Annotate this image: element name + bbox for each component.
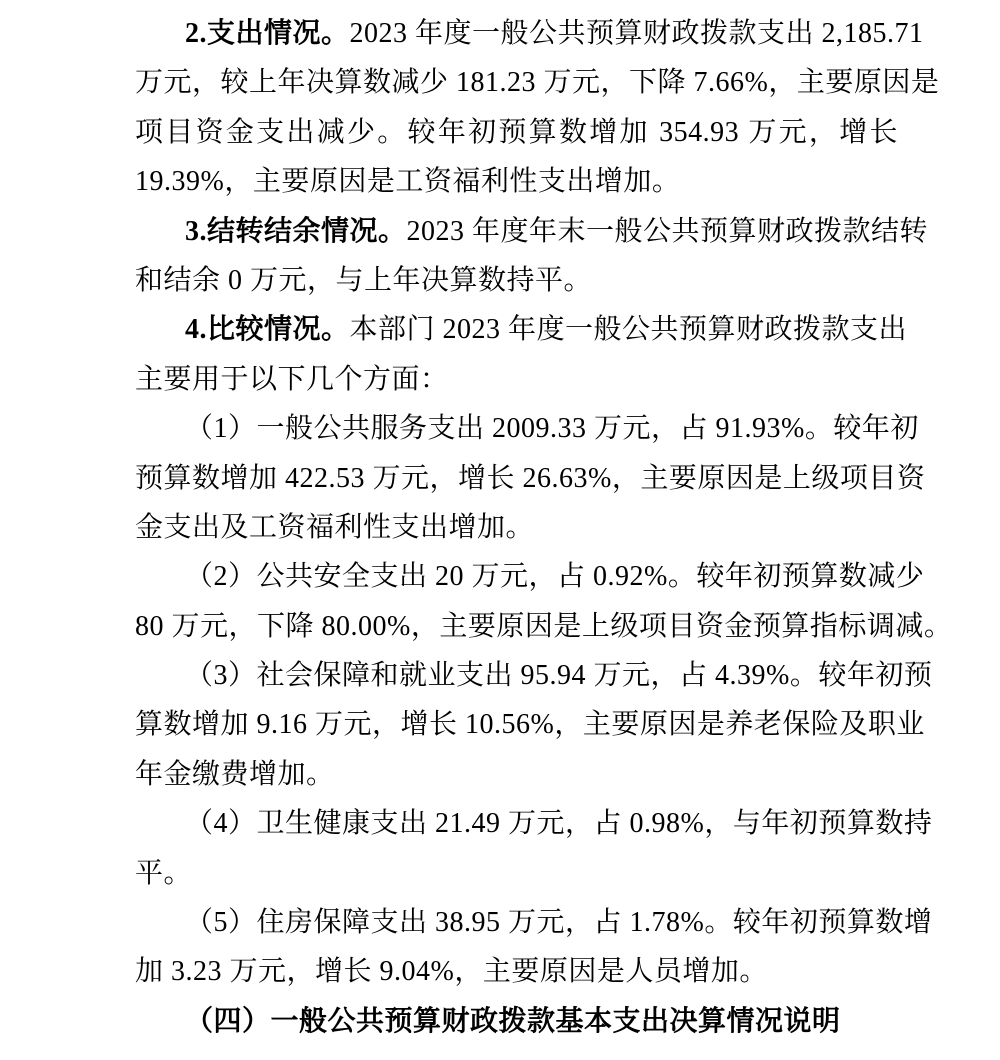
- text-line: （3）社会保障和就业支出 95.94 万元，占 4.39%。较年初预: [135, 651, 898, 700]
- text-segment: （5）住房保障支出 38.95 万元，占 1.78%。较年初预算数增: [185, 907, 932, 938]
- text-line: 19.39%，主要原因是工资福利性支出增加。: [135, 157, 898, 206]
- text-segment: 本部门 2023 年度一般公共预算财政拨款支出: [350, 314, 908, 345]
- text-line: 项目资金支出减少。较年初预算数增加 354.93 万元，增长: [135, 108, 898, 157]
- text-segment: （1）一般公共服务支出 2009.33 万元，占 91.93%。较年初: [185, 413, 919, 444]
- text-segment: 19.39%，主要原因是工资福利性支出增加。: [135, 166, 680, 197]
- text-line: （2）公共安全支出 20 万元，占 0.92%。较年初预算数减少: [135, 552, 898, 601]
- text-line: （四）一般公共预算财政拨款基本支出决算情况说明: [135, 997, 898, 1046]
- text-line: 金支出及工资福利性支出增加。: [135, 503, 898, 552]
- paragraph-carryover-balance: 3.结转结余情况。2023 年度年末一般公共预算财政拨款结转和结余 0 万元，与…: [135, 207, 898, 306]
- text-segment: 2023 年度年末一般公共预算财政拨款结转: [407, 216, 929, 247]
- paragraph-item-3-social-security-employment: （3）社会保障和就业支出 95.94 万元，占 4.39%。较年初预算数增加 9…: [135, 651, 898, 799]
- text-line: 80 万元，下降 80.00%，主要原因是上级项目资金预算指标调减。: [135, 602, 898, 651]
- text-segment: 年金缴费增加。: [135, 759, 335, 790]
- paragraph-section-4-heading: （四）一般公共预算财政拨款基本支出决算情况说明: [135, 997, 898, 1046]
- document-page: 2.支出情况。2023 年度一般公共预算财政拨款支出 2,185.71万元，较上…: [0, 0, 1000, 1060]
- text-segment-bold: 4.比较情况。: [185, 314, 350, 345]
- text-line: 加 3.23 万元，增长 9.04%，主要原因是人员增加。: [135, 947, 898, 996]
- paragraph-item-4-health: （4）卫生健康支出 21.49 万元，占 0.98%，与年初预算数持平。: [135, 799, 898, 898]
- text-line: 预算数增加 422.53 万元，增长 26.63%，主要原因是上级项目资: [135, 454, 898, 503]
- text-segment: 项目资金支出减少。较年初预算数增加 354.93 万元，增长: [135, 117, 898, 148]
- text-line: 主要用于以下几个方面：: [135, 355, 898, 404]
- paragraph-expenditure-summary: 2.支出情况。2023 年度一般公共预算财政拨款支出 2,185.71万元，较上…: [135, 9, 898, 207]
- text-line: （1）一般公共服务支出 2009.33 万元，占 91.93%。较年初: [135, 404, 898, 453]
- text-segment: 金支出及工资福利性支出增加。: [135, 512, 534, 543]
- text-segment: 80 万元，下降 80.00%，主要原因是上级项目资金预算指标调减。: [135, 611, 952, 642]
- text-segment: 2023 年度一般公共预算财政拨款支出 2,185.71: [350, 18, 924, 49]
- text-segment: 预算数增加 422.53 万元，增长 26.63%，主要原因是上级项目资: [135, 463, 925, 494]
- text-segment: 主要用于以下几个方面：: [135, 364, 449, 395]
- text-segment: 算数增加 9.16 万元，增长 10.56%，主要原因是养老保险及职业: [135, 709, 925, 740]
- document-body: 2.支出情况。2023 年度一般公共预算财政拨款支出 2,185.71万元，较上…: [135, 9, 898, 1046]
- paragraph-item-2-public-security: （2）公共安全支出 20 万元，占 0.92%。较年初预算数减少80 万元，下降…: [135, 552, 898, 651]
- text-line: 3.结转结余情况。2023 年度年末一般公共预算财政拨款结转: [135, 207, 898, 256]
- text-line: 2.支出情况。2023 年度一般公共预算财政拨款支出 2,185.71: [135, 9, 898, 58]
- text-line: 算数增加 9.16 万元，增长 10.56%，主要原因是养老保险及职业: [135, 700, 898, 749]
- text-line: 年金缴费增加。: [135, 750, 898, 799]
- text-segment: 万元，较上年决算数减少 181.23 万元，下降 7.66%，主要原因是: [135, 67, 939, 98]
- text-segment: （4）卫生健康支出 21.49 万元，占 0.98%，与年初预算数持: [185, 808, 932, 839]
- text-segment: 加 3.23 万元，增长 9.04%，主要原因是人员增加。: [135, 956, 768, 987]
- text-segment: （3）社会保障和就业支出 95.94 万元，占 4.39%。较年初预: [185, 660, 932, 691]
- text-segment-bold: 3.结转结余情况。: [185, 216, 407, 247]
- text-segment: 和结余 0 万元，与上年决算数持平。: [135, 265, 592, 296]
- text-segment-bold: （四）一般公共预算财政拨款基本支出决算情况说明: [185, 1006, 841, 1037]
- paragraph-comparison-intro: 4.比较情况。本部门 2023 年度一般公共预算财政拨款支出主要用于以下几个方面…: [135, 305, 898, 404]
- text-segment: （2）公共安全支出 20 万元，占 0.92%。较年初预算数减少: [185, 561, 924, 592]
- paragraph-item-5-housing: （5）住房保障支出 38.95 万元，占 1.78%。较年初预算数增加 3.23…: [135, 898, 898, 997]
- paragraph-item-1-general-public-services: （1）一般公共服务支出 2009.33 万元，占 91.93%。较年初预算数增加…: [135, 404, 898, 552]
- text-line: （4）卫生健康支出 21.49 万元，占 0.98%，与年初预算数持: [135, 799, 898, 848]
- text-line: 4.比较情况。本部门 2023 年度一般公共预算财政拨款支出: [135, 305, 898, 354]
- text-line: 平。: [135, 849, 898, 898]
- text-segment-bold: 2.支出情况。: [185, 18, 350, 49]
- text-line: 万元，较上年决算数减少 181.23 万元，下降 7.66%，主要原因是: [135, 58, 898, 107]
- text-line: （5）住房保障支出 38.95 万元，占 1.78%。较年初预算数增: [135, 898, 898, 947]
- text-segment: 平。: [135, 858, 192, 889]
- text-line: 和结余 0 万元，与上年决算数持平。: [135, 256, 898, 305]
